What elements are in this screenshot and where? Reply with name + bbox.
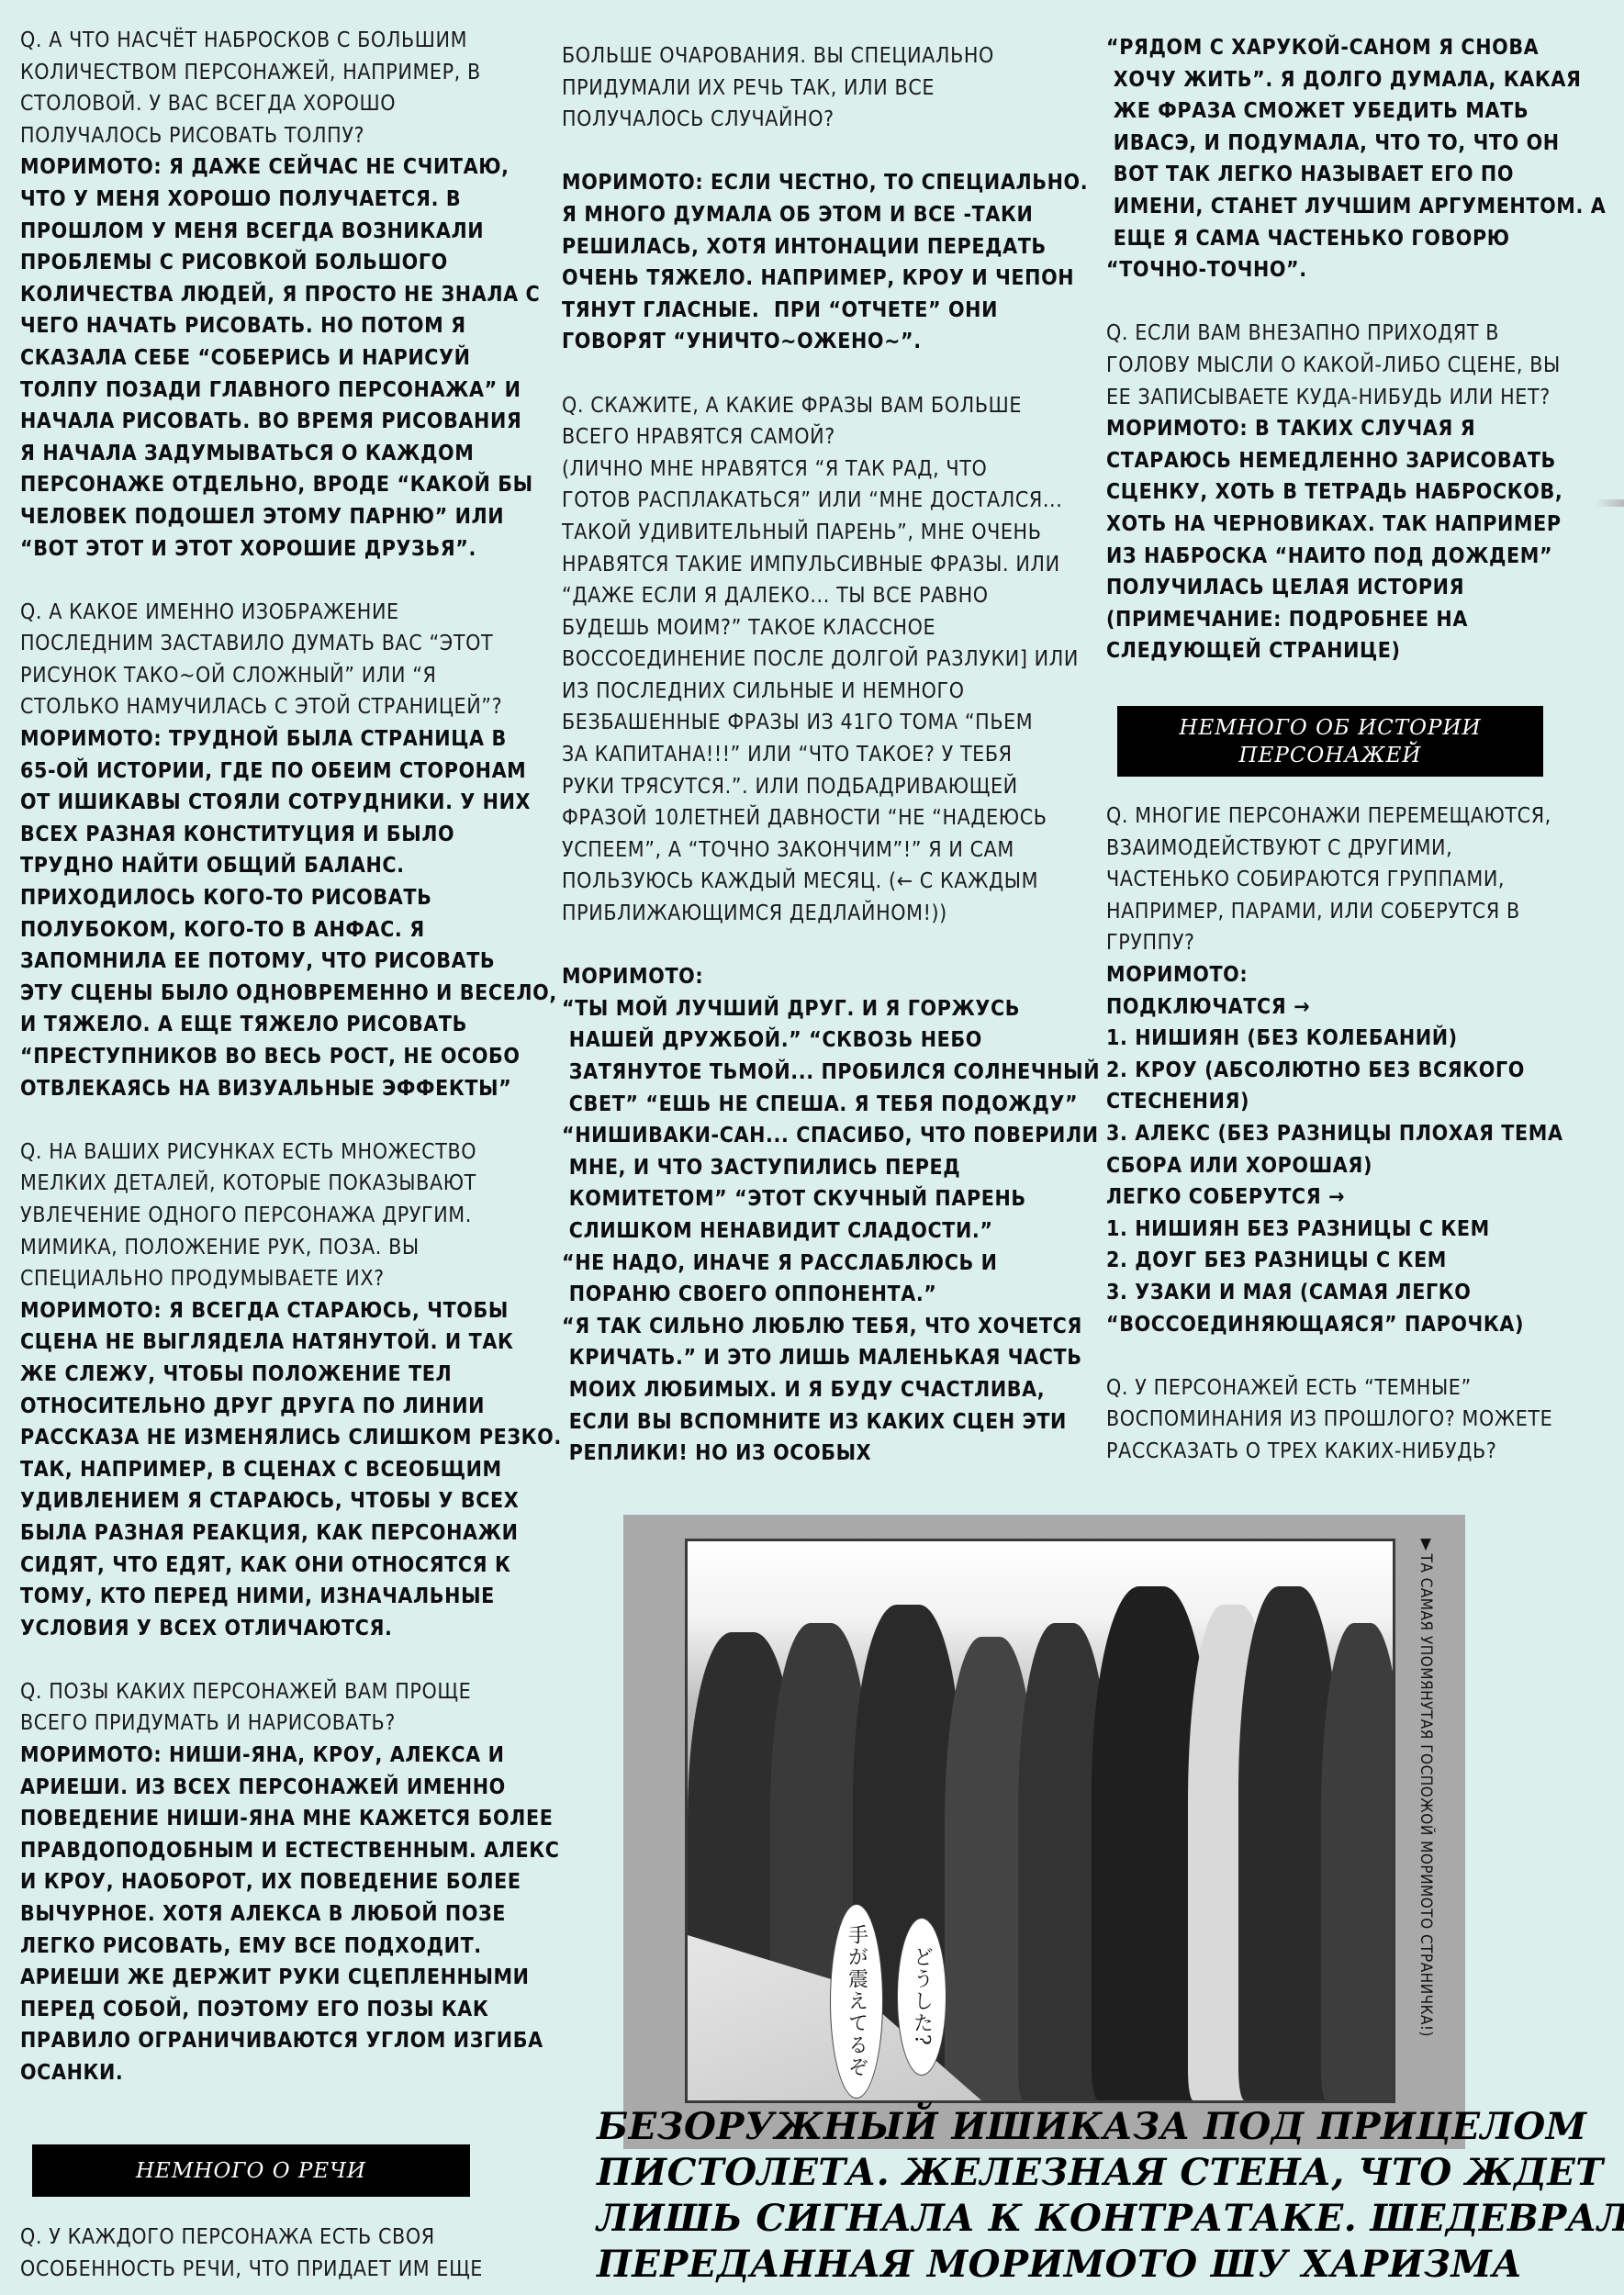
text-line: РИСУНОК ТАКО~ОЙ СЛОЖНЫЙ” ИЛИ “Я [20, 660, 543, 692]
side-caption: ▼ТА САМАЯ УПОМЯНУТАЯ ГОСПОЖОЙ МОРИМОТО С… [1404, 1535, 1435, 2122]
text-line: ПОДКЛЮЧАТСЯ → [1106, 991, 1620, 1024]
text-line: ПОСЛЕДНИМ ЗАСТАВИЛО ДУМАТЬ ВАС “ЭТОТ [20, 628, 543, 660]
text-line: ПОВЕДЕНИЕ НИШИ-ЯНА МНЕ КАЖЕТСЯ БОЛЕЕ [20, 1803, 543, 1835]
text-line: ПОЛЬЗУЮСЬ КАЖДЫЙ МЕСЯЦ. (← С КАЖДЫМ [562, 866, 1085, 898]
text-line: УСПЕЕМ”, А “ТОЧНО ЗАКОНЧИМ”!” Я И САМ [562, 834, 1085, 867]
qa-block-speech-style: БОЛЬШЕ ОЧАРОВАНИЯ. ВЫ СПЕЦИАЛЬНОПРИДУМАЛ… [562, 40, 1085, 358]
text-line: ВЫЧУРНОЕ. ХОТЯ АЛЕКСА В ЛЮБОЙ ПОЗЕ [20, 1898, 543, 1931]
banner-title: НЕМНОГО О РЕЧИ [136, 2157, 366, 2185]
column-3-lower: Q. МНОГИЕ ПЕРСОНАЖИ ПЕРЕМЕЩАЮТСЯ,ВЗАИМОД… [1106, 800, 1620, 1467]
answer: МОРИМОТО: Я ВСЕГДА СТАРАЮСЬ, ЧТОБЫСЦЕНА … [20, 1295, 543, 1645]
text-line: ВСЕХ РАЗНАЯ КОНСТИТУЦИЯ И БЫЛО [20, 819, 543, 851]
text-line: МОРИМОТО: ЕСЛИ ЧЕСТНО, ТО СПЕЦИАЛЬНО. [562, 167, 1085, 199]
text-line: МОРИМОТО: НИШИ-ЯНА, КРОУ, АЛЕКСА И [20, 1740, 543, 1772]
text-line: НАПРИМЕР, ПАРАМИ, ИЛИ СОБЕРУТСЯ В [1106, 896, 1620, 928]
text-line: ЖЕ СЛЕЖУ, ЧТОБЫ ПОЛОЖЕНИЕ ТЕЛ [20, 1359, 543, 1391]
text-line: МИМИКА, ПОЛОЖЕНИЕ РУК, ПОЗА. ВЫ [20, 1232, 543, 1264]
text-line: ПЕРЕД СОБОЙ, ПОЭТОМУ ЕГО ПОЗЫ КАК [20, 1994, 543, 2026]
text-line: ПРАВИЛО ОГРАНИЧИВАЮТСЯ УГЛОМ ИЗГИБА [20, 2025, 543, 2057]
text-line: РЕШИЛАСЬ, ХОТЯ ИНТОНАЦИИ ПЕРЕДАТЬ [562, 231, 1085, 263]
text-line: (ПРИМЕЧАНИЕ: ПОДРОБНЕЕ НА [1106, 604, 1620, 636]
text-line: “Я ТАК СИЛЬНО ЛЮБЛЮ ТЕБЯ, ЧТО ХОЧЕТСЯ [562, 1311, 1085, 1343]
text-line: Q. МНОГИЕ ПЕРСОНАЖИ ПЕРЕМЕЩАЮТСЯ, [1106, 800, 1620, 833]
banner-title-line1: НЕМНОГО ОБ ИСТОРИИ [1179, 714, 1481, 742]
column-3: “РЯДОМ С ХАРУКОЙ-САНОМ Я СНОВА ХОЧУ ЖИТЬ… [1106, 32, 1620, 667]
text-line: ЛЕГКО РИСОВАТЬ, ЕМУ ВСЕ ПОДХОДИТ. [20, 1931, 543, 1963]
text-line: УВЛЕЧЕНИЕ ОДНОГО ПЕРСОНАЖА ДРУГИМ. [20, 1200, 543, 1232]
text-line: 3. УЗАКИ И МАЯ (САМАЯ ЛЕГКО [1106, 1277, 1620, 1309]
text-line: ЭТУ СЦЕНЫ БЫЛО ОДНОВРЕМЕННО И ВЕСЕЛО, [20, 978, 543, 1010]
text-line: ЕЕ ЗАПИСЫВАЕТЕ КУДА-НИБУДЬ ИЛИ НЕТ? [1106, 382, 1620, 414]
text-line: ВЗАИМОДЕЙСТВУЮТ С ДРУГИМИ, [1106, 833, 1620, 865]
text-line: ТАКОЙ УДИВИТЕЛЬНЫЙ ПАРЕНЬ”, МНЕ ОЧЕНЬ [562, 517, 1085, 549]
text-line: МЕЛКИХ ДЕТАЛЕЙ, КОТОРЫЕ ПОКАЗЫВАЮТ [20, 1168, 543, 1200]
text-line: БОЛЬШЕ ОЧАРОВАНИЯ. ВЫ СПЕЦИАЛЬНО [562, 40, 1085, 73]
text-line: РАССКАЗА НЕ ИЗМЕНЯЛИСЬ СЛИШКОМ РЕЗКО. [20, 1422, 543, 1454]
section-banner-character-history: НЕМНОГО ОБ ИСТОРИИ ПЕРСОНАЖЕЙ [1117, 706, 1543, 777]
question: Q. ПОЗЫ КАКИХ ПЕРСОНАЖЕЙ ВАМ ПРОЩЕВСЕГО … [20, 1676, 543, 1740]
qa-block-easy-poses: Q. ПОЗЫ КАКИХ ПЕРСОНАЖЕЙ ВАМ ПРОЩЕВСЕГО … [20, 1676, 543, 2089]
text-line: РУКИ ТРЯСУТСЯ.”. ИЛИ ПОДБАДРИВАЮЩЕЙ [562, 771, 1085, 803]
text-line: Q. ЕСЛИ ВАМ ВНЕЗАПНО ПРИХОДЯТ В [1106, 318, 1620, 350]
answer: МОРИМОТО:ПОДКЛЮЧАТСЯ →1. НИШИЯН (БЕЗ КОЛ… [1106, 959, 1620, 1340]
text-line: ТОЛПУ ПОЗАДИ ГЛАВНОГО ПЕРСОНАЖА” И [20, 375, 543, 407]
text-line: БЫЛА РАЗНАЯ РЕАКЦИЯ, КАК ПЕРСОНАЖИ [20, 1517, 543, 1550]
text-line: “ПРЕСТУПНИКОВ ВО ВЕСЬ РОСТ, НЕ ОСОБО [20, 1041, 543, 1073]
text-line: МОРИМОТО: Я ВСЕГДА СТАРАЮСЬ, ЧТОБЫ [20, 1295, 543, 1327]
text-line: 65-ОЙ ИСТОРИИ, ГДЕ ПО ОБЕИМ СТОРОНАМ [20, 756, 543, 788]
text-line: ТАК, НАПРИМЕР, В СЦЕНАХ С ВСЕОБЩИМ [20, 1454, 543, 1486]
text-line: ИВАСЭ, И ПОДУМАЛА, ЧТО ТО, ЧТО ОН [1106, 128, 1620, 160]
text-line: Q. А ЧТО НАСЧЁТ НАБРОСКОВ С БОЛЬШИМ [20, 25, 543, 57]
text-line: ПОЛУБОКОМ, КОГО-ТО В АНФАС. Я [20, 914, 543, 946]
qa-block-small-details: Q. НА ВАШИХ РИСУНКАХ ЕСТЬ МНОЖЕСТВОМЕЛКИ… [20, 1136, 543, 1645]
text-line: ОТВЛЕКАЯСЬ НА ВИЗУАЛЬНЫЕ ЭФФЕКТЫ” [20, 1073, 543, 1105]
manga-panel-crowd-scene: 手が震えてるぞ どうした? [685, 1539, 1395, 2103]
text-line: КОМИТЕТОМ” “ЭТОТ СКУЧНЫЙ ПАРЕНЬ [562, 1183, 1085, 1215]
text-line: ВОТ ТАК ЛЕГКО НАЗЫВАЕТ ЕГО ПО [1106, 159, 1620, 191]
text-line: СЦЕНКУ, ХОТЬ В ТЕТРАДЬ НАБРОСКОВ, [1106, 476, 1620, 509]
text-line: “НИШИВАКИ-САН... СПАСИБО, ЧТО ПОВЕРИЛИ [562, 1120, 1085, 1152]
text-line: СИДЯТ, ЧТО ЕДЯТ, КАК ОНИ ОТНОСЯТСЯ К [20, 1550, 543, 1582]
text-line: ЖЕ ФРАЗА СМОЖЕТ УБЕДИТЬ МАТЬ [1106, 95, 1620, 128]
caption-line: БЕЗОРУЖНЫЙ ИШИКАЗА ПОД ПРИЦЕЛОМ [597, 2104, 1441, 2150]
text-line: 1. НИШИЯН (БЕЗ КОЛЕБАНИЙ) [1106, 1023, 1620, 1055]
illustration-caption: БЕЗОРУЖНЫЙ ИШИКАЗА ПОД ПРИЦЕЛОМ ПИСТОЛЕТ… [597, 2104, 1441, 2288]
qa-block-sudden-ideas: Q. ЕСЛИ ВАМ ВНЕЗАПНО ПРИХОДЯТ ВГОЛОВУ МЫ… [1106, 318, 1620, 667]
text-line: ОТ ИШИКАВЫ СТОЯЛИ СОТРУДНИКИ. У НИХ [20, 787, 543, 819]
text-line: НАЧАЛА РИСОВАТЬ. ВО ВРЕМЯ РИСОВАНИЯ [20, 406, 543, 438]
question: Q. ЕСЛИ ВАМ ВНЕЗАПНО ПРИХОДЯТ ВГОЛОВУ МЫ… [1106, 318, 1620, 413]
text-line: МОИХ ЛЮБИМЫХ. И Я БУДУ СЧАСТЛИВА, [562, 1374, 1085, 1406]
text-line: ПРОШЛОМ У МЕНЯ ВСЕГДА ВОЗНИКАЛИ [20, 216, 543, 248]
text-line: 3. АЛЕКС (БЕЗ РАЗНИЦЫ ПЛОХАЯ ТЕМА [1106, 1118, 1620, 1150]
text-line: “ТОЧНО-ТОЧНО”. [1106, 254, 1620, 286]
qa-block-crowd-sketches: Q. А ЧТО НАСЧЁТ НАБРОСКОВ С БОЛЬШИМКОЛИЧ… [20, 25, 543, 565]
text-line: ПРИХОДИЛОСЬ КОГО-ТО РИСОВАТЬ [20, 882, 543, 914]
text-line: ГОВОРЯТ “УНИЧТО~ОЖЕНО~”. [562, 326, 1085, 358]
text-line: “ВОССОЕДИНЯЮЩАЯСЯ” ПАРОЧКА) [1106, 1309, 1620, 1341]
text-line: ЧЕГО НАЧАТЬ РИСОВАТЬ. НО ПОТОМ Я [20, 310, 543, 342]
text-line: КОЛИЧЕСТВА ЛЮДЕЙ, Я ПРОСТО НЕ ЗНАЛА С [20, 279, 543, 311]
text-line: ОСОБЕННОСТЬ РЕЧИ, ЧТО ПРИДАЕТ ИМ ЕЩЕ [20, 2254, 543, 2286]
text-line: СКАЗАЛА СЕБЕ “СОБЕРИСЬ И НАРИСУЙ [20, 342, 543, 375]
text-line: АРИЕШИ. ИЗ ВСЕХ ПЕРСОНАЖЕЙ ИМЕННО [20, 1772, 543, 1804]
text-line: ВОСПОМИНАНИЯ ИЗ ПРОШЛОГО? МОЖЕТЕ [1106, 1404, 1620, 1436]
text-line: ИЗ НАБРОСКА “НАИТО ПОД ДОЖДЕМ” [1106, 541, 1620, 573]
text-line: ПРАВДОПОДОБНЫМ И ЕСТЕСТВЕННЫМ. АЛЕКС [20, 1835, 543, 1867]
page-edge-mark [1596, 499, 1624, 507]
text-line: ПРОБЛЕМЫ С РИСОВКОЙ БОЛЬШОГО [20, 247, 543, 279]
text-line: ПЕРСОНАЖЕ ОТДЕЛЬНО, ВРОДЕ “КАКОЙ БЫ [20, 469, 543, 501]
question: Q. МНОГИЕ ПЕРСОНАЖИ ПЕРЕМЕЩАЮТСЯ,ВЗАИМОД… [1106, 800, 1620, 959]
question: Q. А ЧТО НАСЧЁТ НАБРОСКОВ С БОЛЬШИМКОЛИЧ… [20, 25, 543, 151]
text-line: ЧТО У МЕНЯ ХОРОШО ПОЛУЧАЕТСЯ. В [20, 184, 543, 216]
answer: МОРИМОТО: ТРУДНОЙ БЫЛА СТРАНИЦА В65-ОЙ И… [20, 723, 543, 1104]
text-line: НАШЕЙ ДРУЖБОЙ.” “СКВОЗЬ НЕБО [562, 1024, 1085, 1057]
text-line: БЕЗБАШЕННЫЕ ФРАЗЫ ИЗ 41ГО ТОМА “ПЬЕМ [562, 707, 1085, 739]
text-line: Q. У КАЖДОГО ПЕРСОНАЖА ЕСТЬ СВОЯ [20, 2222, 543, 2254]
text-line: ПОЛУЧАЛОСЬ СЛУЧАЙНО? [562, 104, 1085, 136]
text-line: ПРИБЛИЖАЮЩИМСЯ ДЕДЛАЙНОМ!)) [562, 898, 1085, 930]
text-line: МОРИМОТО: [562, 961, 1085, 993]
text-line: ТЯНУТ ГЛАСНЫЕ. ПРИ “ОТЧЕТЕ” ОНИ [562, 295, 1085, 327]
text-line: ГОТОВ РАСПЛАКАТЬСЯ” ИЛИ “МНЕ ДОСТАЛСЯ... [562, 485, 1085, 517]
text-line: СТАРАЮСЬ НЕМЕДЛЕННО ЗАРИСОВАТЬ [1106, 445, 1620, 477]
text-line: МНЕ, И ЧТО ЗАСТУПИЛИСЬ ПЕРЕД [562, 1152, 1085, 1184]
text-line: И КРОУ, НАОБОРОТ, ИХ ПОВЕДЕНИЕ БОЛЕЕ [20, 1866, 543, 1898]
text-line: МОРИМОТО: ТРУДНОЙ БЫЛА СТРАНИЦА В [20, 723, 543, 756]
text-line: Q. СКАЖИТЕ, А КАКИЕ ФРАЗЫ ВАМ БОЛЬШЕ [562, 390, 1085, 422]
text-line: “ДАЖЕ ЕСЛИ Я ДАЛЕКО... ТЫ ВСЕ РАВНО [562, 580, 1085, 612]
text-line: РАССКАЗАТЬ О ТРЕХ КАКИХ-НИБУДЬ? [1106, 1436, 1620, 1468]
text-line: СТОЛЬКО НАМУЧИЛАСЬ С ЭТОЙ СТРАНИЦЕЙ”? [20, 691, 543, 723]
text-line: “ТЫ МОЙ ЛУЧШИЙ ДРУГ. И Я ГОРЖУСЬ [562, 993, 1085, 1025]
column-2: БОЛЬШЕ ОЧАРОВАНИЯ. ВЫ СПЕЦИАЛЬНОПРИДУМАЛ… [562, 40, 1085, 1470]
text-line: СБОРА ИЛИ ХОРОШАЯ) [1106, 1150, 1620, 1182]
text-line: МОРИМОТО: В ТАКИХ СЛУЧАЯ Я [1106, 413, 1620, 445]
text-line: И ТЯЖЕЛО. А ЕЩЕ ТЯЖЕЛО РИСОВАТЬ [20, 1009, 543, 1041]
text-line: КРИЧАТЬ.” И ЭТО ЛИШЬ МАЛЕНЬКАЯ ЧАСТЬ [562, 1342, 1085, 1374]
text-line: 1. НИШИЯН БЕЗ РАЗНИЦЫ С КЕМ [1106, 1214, 1620, 1246]
text-line: ХОЧУ ЖИТЬ”. Я ДОЛГО ДУМАЛА, КАКАЯ [1106, 64, 1620, 96]
speech-bubble-right: どうした? [897, 1918, 946, 2076]
text-line: СТЕСНЕНИЯ) [1106, 1086, 1620, 1118]
text-line: СЦЕНА НЕ ВЫГЛЯДЕЛА НАТЯНУТОЙ. И ТАК [20, 1327, 543, 1359]
text-line: СПЕЦИАЛЬНО ПРОДУМЫВАЕТЕ ИХ? [20, 1263, 543, 1295]
qa-block-favorite-phrases: Q. СКАЖИТЕ, А КАКИЕ ФРАЗЫ ВАМ БОЛЬШЕВСЕГ… [562, 390, 1085, 1470]
text-line: Я МНОГО ДУМАЛА ОБ ЭТОМ И ВСЕ -ТАКИ [562, 199, 1085, 231]
text-line: (ЛИЧНО МНЕ НРАВЯТСЯ “Я ТАК РАД, ЧТО [562, 453, 1085, 486]
caption-line: ПИСТОЛЕТА. ЖЕЛЕЗНАЯ СТЕНА, ЧТО ЖДЕТ [597, 2150, 1441, 2196]
text-line: 2. ДОУГ БЕЗ РАЗНИЦЫ С КЕМ [1106, 1245, 1620, 1277]
text-line: ВСЕГО ПРИДУМАТЬ И НАРИСОВАТЬ? [20, 1707, 543, 1740]
text-line: “НЕ НАДО, ИНАЧЕ Я РАССЛАБЛЮСЬ И [562, 1248, 1085, 1280]
caption-line: ЛИШЬ СИГНАЛА К КОНТРАТАКЕ. ШЕДЕВРАЛЬНО [597, 2196, 1441, 2242]
text-line: РЕПЛИКИ! НО ИЗ ОСОБЫХ [562, 1438, 1085, 1470]
text-line: ЕСЛИ ВЫ ВСПОМНИТЕ ИЗ КАКИХ СЦЕН ЭТИ [562, 1406, 1085, 1439]
text-line: КОЛИЧЕСТВОМ ПЕРСОНАЖЕЙ, НАПРИМЕР, В [20, 57, 543, 89]
text-line: ЗАПОМНИЛА ЕЕ ПОТОМУ, ЧТО РИСОВАТЬ [20, 946, 543, 978]
text-line: НРАВЯТСЯ ТАКИЕ ИМПУЛЬСИВНЫЕ ФРАЗЫ. ИЛИ [562, 549, 1085, 581]
question: Q. НА ВАШИХ РИСУНКАХ ЕСТЬ МНОЖЕСТВОМЕЛКИ… [20, 1136, 543, 1295]
answer: МОРИМОТО: НИШИ-ЯНА, КРОУ, АЛЕКСА ИАРИЕШИ… [20, 1740, 543, 2089]
text-line: СЛЕДУЮЩЕЙ СТРАНИЦЕ) [1106, 635, 1620, 667]
speech-bubble-left: 手が震えてるぞ [830, 1904, 883, 2099]
text-line: БУДЕШЬ МОИМ?” ТАКОЕ КЛАССНОЕ [562, 612, 1085, 644]
qa-block-dark-memories: Q. У ПЕРСОНАЖЕЙ ЕСТЬ “ТЕМНЫЕ”ВОСПОМИНАНИ… [1106, 1372, 1620, 1468]
text-line: ГРУППУ? [1106, 927, 1620, 959]
text-line: ЗАТЯНУТОЕ ТЬМОЙ... ПРОБИЛСЯ СОЛНЕЧНЫЙ [562, 1057, 1085, 1089]
text-line: ПРИДУМАЛИ ИХ РЕЧЬ ТАК, ИЛИ ВСЕ [562, 73, 1085, 105]
answer: МОРИМОТО: ЕСЛИ ЧЕСТНО, ТО СПЕЦИАЛЬНО.Я М… [562, 167, 1085, 358]
text-line: МОРИМОТО: [1106, 959, 1620, 991]
text-line: “РЯДОМ С ХАРУКОЙ-САНОМ Я СНОВА [1106, 32, 1620, 64]
text-line: ЛЕГКО СОБЕРУТСЯ → [1106, 1181, 1620, 1214]
question: Q. А КАКОЕ ИМЕННО ИЗОБРАЖЕНИЕПОСЛЕДНИМ З… [20, 597, 543, 723]
section-banner-speech: НЕМНОГО О РЕЧИ [32, 2144, 470, 2197]
banner-title-line2: ПЕРСОНАЖЕЙ [1239, 742, 1422, 769]
column-1: Q. А ЧТО НАСЧЁТ НАБРОСКОВ С БОЛЬШИМКОЛИЧ… [20, 25, 543, 2089]
answer-continued: “РЯДОМ С ХАРУКОЙ-САНОМ Я СНОВА ХОЧУ ЖИТЬ… [1106, 32, 1620, 286]
text-line: ГОЛОВУ МЫСЛИ О КАКОЙ-ЛИБО СЦЕНЕ, ВЫ [1106, 350, 1620, 382]
text-line: ЕЩЕ Я САМА ЧАСТЕНЬКО ГОВОРЮ [1106, 223, 1620, 255]
text-line: Q. У ПЕРСОНАЖЕЙ ЕСТЬ “ТЕМНЫЕ” [1106, 1372, 1620, 1405]
text-line: ОСАНКИ. [20, 2057, 543, 2089]
text-line: ЧЕЛОВЕК ПОДОШЕЛ ЭТОМУ ПАРНЮ” ИЛИ [20, 501, 543, 533]
text-line: ФРАЗОЙ 10ЛЕТНЕЙ ДАВНОСТИ “НЕ “НАДЕЮСЬ [562, 802, 1085, 834]
question: Q. У ПЕРСОНАЖЕЙ ЕСТЬ “ТЕМНЫЕ”ВОСПОМИНАНИ… [1106, 1372, 1620, 1468]
question: БОЛЬШЕ ОЧАРОВАНИЯ. ВЫ СПЕЦИАЛЬНОПРИДУМАЛ… [562, 40, 1085, 136]
caption-line: ПЕРЕДАННАЯ МОРИМОТО ШУ ХАРИЗМА [597, 2242, 1441, 2288]
text-line: ТРУДНО НАЙТИ ОБЩИЙ БАЛАНС. [20, 850, 543, 882]
text-line: ПОЛУЧИЛАСЬ ЦЕЛАЯ ИСТОРИЯ [1106, 572, 1620, 604]
answer: МОРИМОТО: Я ДАЖЕ СЕЙЧАС НЕ СЧИТАЮ,ЧТО У … [20, 151, 543, 565]
text-line: Q. А КАКОЕ ИМЕННО ИЗОБРАЖЕНИЕ [20, 597, 543, 629]
answer: МОРИМОТО: В ТАКИХ СЛУЧАЯ ЯСТАРАЮСЬ НЕМЕД… [1106, 413, 1620, 667]
text-line: СЛИШКОМ НЕНАВИДИТ СЛАДОСТИ.” [562, 1215, 1085, 1248]
text-line: 2. КРОУ (АБСОЛЮТНО БЕЗ ВСЯКОГО [1106, 1055, 1620, 1087]
text-line: ЗА КАПИТАНА!!!” ИЛИ “ЧТО ТАКОЕ? У ТЕБЯ [562, 739, 1085, 771]
text-line: ОТНОСИТЕЛЬНО ДРУГ ДРУГА ПО ЛИНИИ [20, 1391, 543, 1423]
column-1-tail: Q. У КАЖДОГО ПЕРСОНАЖА ЕСТЬ СВОЯОСОБЕННО… [20, 2222, 543, 2285]
text-line: ИМЕНИ, СТАНЕТ ЛУЧШИМ АРГУМЕНТОМ. А [1106, 191, 1620, 223]
text-line: УДИВЛЕНИЕМ Я СТАРАЮСЬ, ЧТОБЫ У ВСЕХ [20, 1485, 543, 1517]
text-line: УСЛОВИЯ У ВСЕХ ОТЛИЧАЮТСЯ. [20, 1613, 543, 1645]
text-line: ХОТЬ НА ЧЕРНОВИКАХ. ТАК НАПРИМЕР [1106, 509, 1620, 541]
text-line: “ВОТ ЭТОТ И ЭТОТ ХОРОШИЕ ДРУЗЬЯ”. [20, 533, 543, 565]
text-line: ЧАСТЕНЬКО СОБИРАЮТСЯ ГРУППАМИ, [1106, 864, 1620, 896]
text-line: ВСЕГО НРАВЯТСЯ САМОЙ? [562, 421, 1085, 453]
text-line: СТОЛОВОЙ. У ВАС ВСЕГДА ХОРОШО [20, 88, 543, 120]
answer: МОРИМОТО:“ТЫ МОЙ ЛУЧШИЙ ДРУГ. И Я ГОРЖУС… [562, 961, 1085, 1470]
qa-block-groups: Q. МНОГИЕ ПЕРСОНАЖИ ПЕРЕМЕЩАЮТСЯ,ВЗАИМОД… [1106, 800, 1620, 1340]
text-line: ПОЛУЧАЛОСЬ РИСОВАТЬ ТОЛПУ? [20, 120, 543, 152]
text-line: ОЧЕНЬ ТЯЖЕЛО. НАПРИМЕР, КРОУ И ЧЕПОН [562, 263, 1085, 295]
manga-illustration-frame: 手が震えてるぞ どうした? ▼ТА САМАЯ УПОМЯНУТАЯ ГОСПО… [623, 1515, 1465, 2149]
text-line: Q. НА ВАШИХ РИСУНКАХ ЕСТЬ МНОЖЕСТВО [20, 1136, 543, 1169]
text-line: СВЕТ” “ЕШЬ НЕ СПЕША. Я ТЕБЯ ПОДОЖДУ” [562, 1089, 1085, 1121]
text-line: ВОССОЕДИНЕНИЕ ПОСЛЕ ДОЛГОЙ РАЗЛУКИ] ИЛИ [562, 644, 1085, 676]
question: Q. У КАЖДОГО ПЕРСОНАЖА ЕСТЬ СВОЯОСОБЕННО… [20, 2222, 543, 2285]
text-line: ПОРАНЮ СВОЕГО ОППОНЕНТА.” [562, 1279, 1085, 1311]
text-line: ТОМУ, КТО ПЕРЕД НИМИ, ИЗНАЧАЛЬНЫЕ [20, 1581, 543, 1613]
text-line: АРИЕШИ ЖЕ ДЕРЖИТ РУКИ СЦЕПЛЕННЫМИ [20, 1962, 543, 1994]
text-line: МОРИМОТО: Я ДАЖЕ СЕЙЧАС НЕ СЧИТАЮ, [20, 151, 543, 184]
qa-block-hardest-image: Q. А КАКОЕ ИМЕННО ИЗОБРАЖЕНИЕПОСЛЕДНИМ З… [20, 597, 543, 1105]
text-line: ИЗ ПОСЛЕДНИХ СИЛЬНЫЕ И НЕМНОГО [562, 676, 1085, 708]
text-line: Q. ПОЗЫ КАКИХ ПЕРСОНАЖЕЙ ВАМ ПРОЩЕ [20, 1676, 543, 1708]
question: Q. СКАЖИТЕ, А КАКИЕ ФРАЗЫ ВАМ БОЛЬШЕВСЕГ… [562, 390, 1085, 930]
text-line: Я НАЧАЛА ЗАДУМЫВАТЬСЯ О КАЖДОМ [20, 438, 543, 470]
